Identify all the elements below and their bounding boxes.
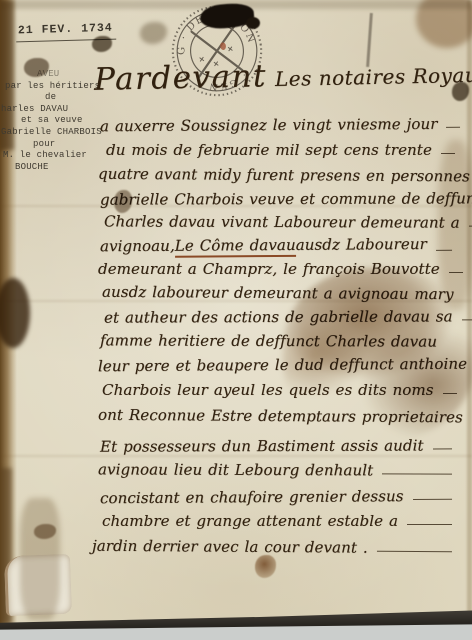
manuscript-opening-line: Pardevant Les notaires Royaux [94,54,460,98]
flourish-dash [449,272,463,273]
manuscript-line: Et possesseurs dun Bastiment assis audit [100,436,454,455]
flourish-dash [436,250,452,251]
typed-note-line: AVEU [37,69,102,81]
flourish-dash [377,551,452,553]
line-text: ausdz Laboureur [296,235,427,254]
flourish-dash [443,393,457,394]
line-text: famme heritiere de deffunct Charles dava… [100,331,437,350]
manuscript-line: leur pere et beaupere le dud deffunct an… [98,355,454,375]
manuscript-line: concistant en chaufoire grenier dessus [100,487,454,507]
line-text: ausdz laboureur demeurant a avignoau mar… [102,283,454,303]
bottom-left-fold-patch [4,554,72,616]
ink-speck [34,524,56,539]
typed-archival-note: AVEUpar les héritiersdeharles DAVAUet sa… [1,69,102,173]
typed-note-line: BOUCHE [15,162,102,174]
line-text: du mois de februarie mil sept cens trent… [106,141,432,159]
manuscript-line: demeurant a Champrz, le françois Bouvott… [98,260,454,278]
date-received-text: 21 FEV. 1734 [16,22,116,43]
line-text: leur pere et beaupere le dud deffunct an… [98,355,467,376]
manuscript-line: a auxerre Soussignez le vingt vniesme jo… [100,115,454,135]
typed-note-line: pour [33,139,102,151]
document-scan: G · DE · DIJON · GEN · 21 FEV. 1734 AVEU… [0,0,472,640]
manuscript-line: du mois de februarie mil sept cens trent… [106,141,454,159]
flourish-dash [462,319,472,320]
line-text: Charbois leur ayeul les quels es dits no… [102,381,434,399]
opening-word: Pardevant [94,58,268,98]
manuscript-line: jardin derrier avec la cour devant . [92,537,454,558]
line-text: gabrielle Charbois veuve et commune de d… [100,189,472,208]
typed-note-line: et sa veuve [21,115,102,127]
underlined-phrase: Le Côme davau [175,236,296,258]
typed-note-line: de [45,92,102,104]
date-received-stamp: 21 FEV. 1734 [16,22,116,43]
manuscript-line: ausdz laboureur demeurant a avignoau mar… [102,283,454,303]
bottom-center-spot [255,555,276,578]
line-text: quatre avant midy furent presens en pers… [98,165,470,186]
manuscript-line: famme heritiere de deffunct Charles dava… [100,331,454,350]
left-band-blotch [0,278,30,348]
manuscript-line: ont Reconnue Estre detemptaurs proprieta… [98,406,454,426]
line-text: avignoau lieu dit Lebourg denhault [98,460,373,479]
flourish-dash [441,153,455,154]
line-text: a auxerre Soussignez le vingt vniesme jo… [100,115,438,135]
manuscript-line: gabrielle Charbois veuve et commune de d… [100,189,454,208]
typed-note-line: M. le chevalier [3,150,102,162]
line-text: Charles davau vivant Laboureur demeurant… [104,212,460,231]
line-text: chambre et grange attenant estable a [102,512,398,530]
line-text: concistant en chaufoire grenier dessus [100,487,404,507]
flourish-dash [446,127,460,128]
paper-sheet: G · DE · DIJON · GEN · 21 FEV. 1734 AVEU… [0,0,472,640]
manuscript-line: avignoau, Le Côme davau ausdz Laboureur [100,235,454,258]
typed-note-line: harles DAVAU [1,104,102,116]
manuscript-line: Charles davau vivant Laboureur demeurant… [104,212,454,231]
typed-note-line: par les héritiers [5,81,102,93]
line-text: jardin derrier avec la cour devant . [92,537,368,557]
manuscript-line: et autheur des actions de gabrielle dava… [104,307,454,326]
manuscript-line: avignoau lieu dit Lebourg denhault [98,460,454,479]
manuscript-line: chambre et grange attenant estable a [102,512,454,530]
stamp-red-speck [220,42,227,50]
fold-crease [0,455,472,457]
line-text: avignoau, [100,237,175,256]
smudge [140,22,167,44]
typed-note-line: Gabrielle CHARBOIS [1,127,102,139]
manuscript-line: quatre avant midy furent presens en pers… [98,165,454,185]
opening-rest: Les notaires Royaux [275,63,472,91]
ink-blot [246,17,260,29]
line-text: demeurant a Champrz, le françois Bouvott… [98,260,440,278]
flourish-dash [407,524,452,525]
line-text: ont Reconnue Estre detemptaurs proprieta… [98,406,463,427]
flourish-dash [382,473,452,474]
line-text: Et possesseurs dun Bastiment assis audit [100,436,424,455]
flourish-dash [413,499,452,500]
flourish-dash [433,448,452,449]
manuscript-line: Charbois leur ayeul les quels es dits no… [102,381,454,399]
line-text: et autheur des actions de gabrielle dava… [104,307,453,326]
